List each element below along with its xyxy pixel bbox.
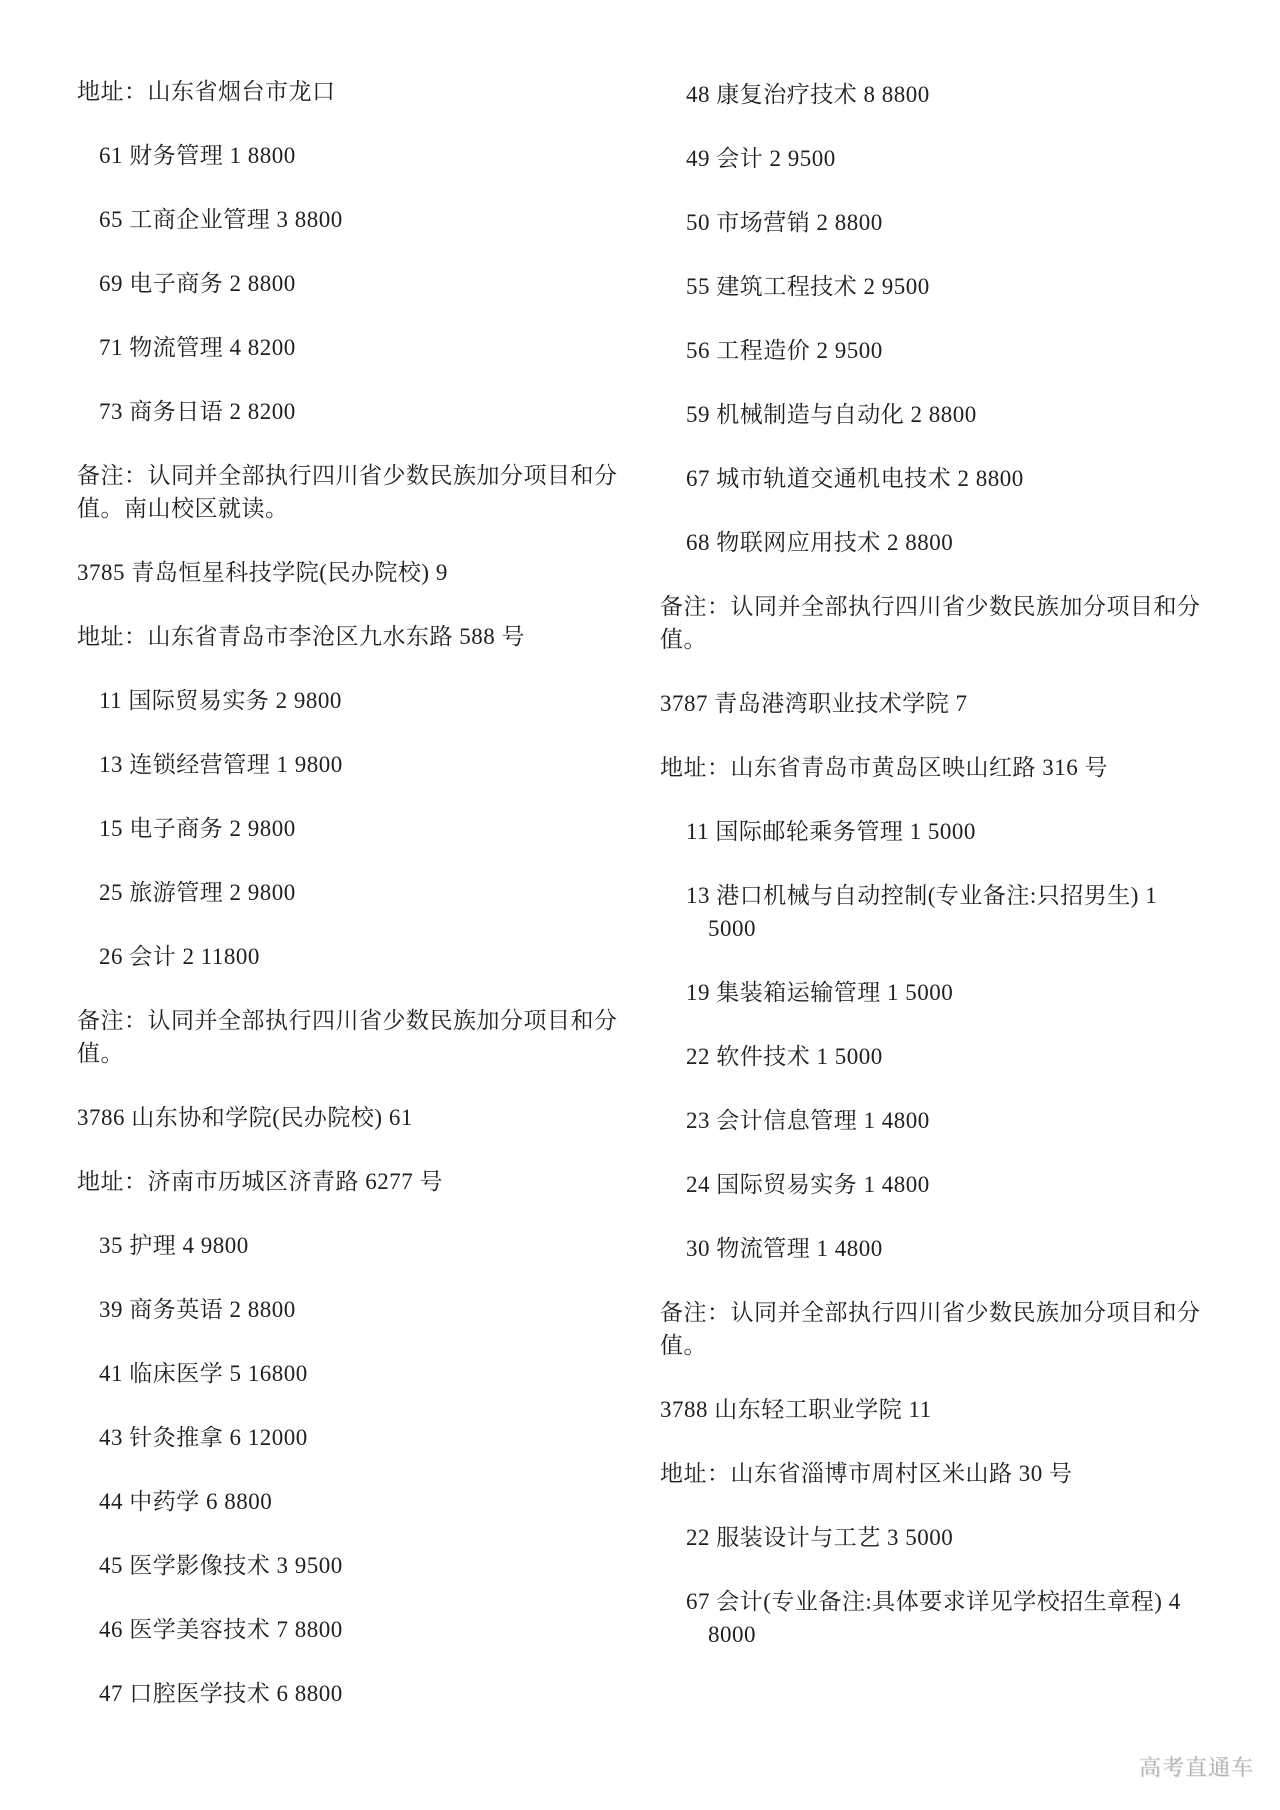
text-line: 50 市场营销 2 8800 [660, 206, 1245, 239]
text-line: 35 护理 4 9800 [77, 1229, 662, 1262]
major-entry: 23 会计信息管理 1 4800 [660, 1104, 1245, 1137]
major-entry: 19 集装箱运输管理 1 5000 [660, 976, 1245, 1009]
text-line: 39 商务英语 2 8800 [77, 1293, 662, 1326]
info-entry: 地址：济南市历城区济青路 6277 号 [77, 1165, 662, 1198]
text-line: 11 国际贸易实务 2 9800 [77, 684, 662, 717]
major-entry: 13 连锁经营管理 1 9800 [77, 748, 662, 781]
text-line: 地址：山东省烟台市龙口 [77, 75, 662, 108]
text-line: 值。 [77, 1037, 662, 1070]
major-entry: 56 工程造价 2 9500 [660, 334, 1245, 367]
text-line: 3786 山东协和学院(民办院校) 61 [77, 1101, 662, 1134]
text-line: 41 临床医学 5 16800 [77, 1357, 662, 1390]
major-entry: 67 会计(专业备注:具体要求详见学校招生章程) 48000 [660, 1585, 1245, 1651]
major-entry: 15 电子商务 2 9800 [77, 812, 662, 845]
text-line: 61 财务管理 1 8800 [77, 139, 662, 172]
major-entry: 45 医学影像技术 3 9500 [77, 1549, 662, 1582]
text-line: 11 国际邮轮乘务管理 1 5000 [660, 815, 1245, 848]
text-line: 56 工程造价 2 9500 [660, 334, 1245, 367]
info-entry: 3785 青岛恒星科技学院(民办院校) 9 [77, 556, 662, 589]
text-line: 5000 [660, 912, 1245, 945]
major-entry: 71 物流管理 4 8200 [77, 331, 662, 364]
info-entry: 地址：山东省青岛市黄岛区映山红路 316 号 [660, 751, 1245, 784]
info-entry: 地址：山东省烟台市龙口 [77, 75, 662, 108]
right-column: 48 康复治疗技术 8 880049 会计 2 950050 市场营销 2 88… [660, 78, 1245, 1682]
text-line: 59 机械制造与自动化 2 8800 [660, 398, 1245, 431]
text-line: 46 医学美容技术 7 8800 [77, 1613, 662, 1646]
left-column: 地址：山东省烟台市龙口61 财务管理 1 880065 工商企业管理 3 880… [77, 75, 662, 1741]
major-entry: 47 口腔医学技术 6 8800 [77, 1677, 662, 1710]
major-entry: 26 会计 2 11800 [77, 940, 662, 973]
text-line: 备注：认同并全部执行四川省少数民族加分项目和分 [660, 1296, 1245, 1329]
major-entry: 24 国际贸易实务 1 4800 [660, 1168, 1245, 1201]
text-line: 44 中药学 6 8800 [77, 1485, 662, 1518]
text-line: 备注：认同并全部执行四川省少数民族加分项目和分 [660, 590, 1245, 623]
info-entry: 地址：山东省青岛市李沧区九水东路 588 号 [77, 620, 662, 653]
text-line: 24 国际贸易实务 1 4800 [660, 1168, 1245, 1201]
major-entry: 55 建筑工程技术 2 9500 [660, 270, 1245, 303]
text-line: 22 服装设计与工艺 3 5000 [660, 1521, 1245, 1554]
text-line: 3787 青岛港湾职业技术学院 7 [660, 687, 1245, 720]
text-line: 69 电子商务 2 8800 [77, 267, 662, 300]
info-entry: 备注：认同并全部执行四川省少数民族加分项目和分值。 [77, 1004, 662, 1070]
admissions-document-page: 地址：山东省烟台市龙口61 财务管理 1 880065 工商企业管理 3 880… [0, 0, 1280, 1810]
info-entry: 3788 山东轻工职业学院 11 [660, 1393, 1245, 1426]
info-entry: 备注：认同并全部执行四川省少数民族加分项目和分值。 [660, 1296, 1245, 1362]
major-entry: 50 市场营销 2 8800 [660, 206, 1245, 239]
major-entry: 44 中药学 6 8800 [77, 1485, 662, 1518]
text-line: 22 软件技术 1 5000 [660, 1040, 1245, 1073]
major-entry: 46 医学美容技术 7 8800 [77, 1613, 662, 1646]
info-entry: 地址：山东省淄博市周村区米山路 30 号 [660, 1457, 1245, 1490]
text-line: 67 会计(专业备注:具体要求详见学校招生章程) 4 [660, 1585, 1245, 1618]
text-line: 65 工商企业管理 3 8800 [77, 203, 662, 236]
info-entry: 备注：认同并全部执行四川省少数民族加分项目和分值。 [660, 590, 1245, 656]
text-line: 3785 青岛恒星科技学院(民办院校) 9 [77, 556, 662, 589]
text-line: 67 城市轨道交通机电技术 2 8800 [660, 462, 1245, 495]
text-line: 19 集装箱运输管理 1 5000 [660, 976, 1245, 1009]
text-line: 73 商务日语 2 8200 [77, 395, 662, 428]
text-line: 48 康复治疗技术 8 8800 [660, 78, 1245, 111]
text-line: 23 会计信息管理 1 4800 [660, 1104, 1245, 1137]
major-entry: 22 软件技术 1 5000 [660, 1040, 1245, 1073]
major-entry: 48 康复治疗技术 8 8800 [660, 78, 1245, 111]
text-line: 3788 山东轻工职业学院 11 [660, 1393, 1245, 1426]
text-line: 13 港口机械与自动控制(专业备注:只招男生) 1 [660, 879, 1245, 912]
text-line: 备注：认同并全部执行四川省少数民族加分项目和分 [77, 459, 662, 492]
major-entry: 30 物流管理 1 4800 [660, 1232, 1245, 1265]
text-line: 15 电子商务 2 9800 [77, 812, 662, 845]
text-line: 值。南山校区就读。 [77, 492, 662, 525]
major-entry: 41 临床医学 5 16800 [77, 1357, 662, 1390]
major-entry: 39 商务英语 2 8800 [77, 1293, 662, 1326]
major-entry: 25 旅游管理 2 9800 [77, 876, 662, 909]
major-entry: 35 护理 4 9800 [77, 1229, 662, 1262]
text-line: 68 物联网应用技术 2 8800 [660, 526, 1245, 559]
major-entry: 69 电子商务 2 8800 [77, 267, 662, 300]
info-entry: 3786 山东协和学院(民办院校) 61 [77, 1101, 662, 1134]
text-line: 55 建筑工程技术 2 9500 [660, 270, 1245, 303]
major-entry: 67 城市轨道交通机电技术 2 8800 [660, 462, 1245, 495]
major-entry: 59 机械制造与自动化 2 8800 [660, 398, 1245, 431]
major-entry: 43 针灸推拿 6 12000 [77, 1421, 662, 1454]
text-line: 备注：认同并全部执行四川省少数民族加分项目和分 [77, 1004, 662, 1037]
text-line: 值。 [660, 1329, 1245, 1362]
major-entry: 11 国际贸易实务 2 9800 [77, 684, 662, 717]
text-line: 值。 [660, 623, 1245, 656]
text-line: 26 会计 2 11800 [77, 940, 662, 973]
text-line: 8000 [660, 1618, 1245, 1651]
text-line: 地址：山东省淄博市周村区米山路 30 号 [660, 1457, 1245, 1490]
text-line: 45 医学影像技术 3 9500 [77, 1549, 662, 1582]
info-entry: 3787 青岛港湾职业技术学院 7 [660, 687, 1245, 720]
major-entry: 68 物联网应用技术 2 8800 [660, 526, 1245, 559]
text-line: 25 旅游管理 2 9800 [77, 876, 662, 909]
major-entry: 61 财务管理 1 8800 [77, 139, 662, 172]
major-entry: 65 工商企业管理 3 8800 [77, 203, 662, 236]
text-line: 地址：济南市历城区济青路 6277 号 [77, 1165, 662, 1198]
major-entry: 22 服装设计与工艺 3 5000 [660, 1521, 1245, 1554]
major-entry: 13 港口机械与自动控制(专业备注:只招男生) 15000 [660, 879, 1245, 945]
major-entry: 11 国际邮轮乘务管理 1 5000 [660, 815, 1245, 848]
info-entry: 备注：认同并全部执行四川省少数民族加分项目和分值。南山校区就读。 [77, 459, 662, 525]
text-line: 43 针灸推拿 6 12000 [77, 1421, 662, 1454]
watermark: 高考直通车 [1139, 1751, 1254, 1782]
text-line: 地址：山东省青岛市李沧区九水东路 588 号 [77, 620, 662, 653]
text-line: 13 连锁经营管理 1 9800 [77, 748, 662, 781]
major-entry: 49 会计 2 9500 [660, 142, 1245, 175]
text-line: 71 物流管理 4 8200 [77, 331, 662, 364]
text-line: 地址：山东省青岛市黄岛区映山红路 316 号 [660, 751, 1245, 784]
text-line: 30 物流管理 1 4800 [660, 1232, 1245, 1265]
text-line: 49 会计 2 9500 [660, 142, 1245, 175]
text-line: 47 口腔医学技术 6 8800 [77, 1677, 662, 1710]
major-entry: 73 商务日语 2 8200 [77, 395, 662, 428]
